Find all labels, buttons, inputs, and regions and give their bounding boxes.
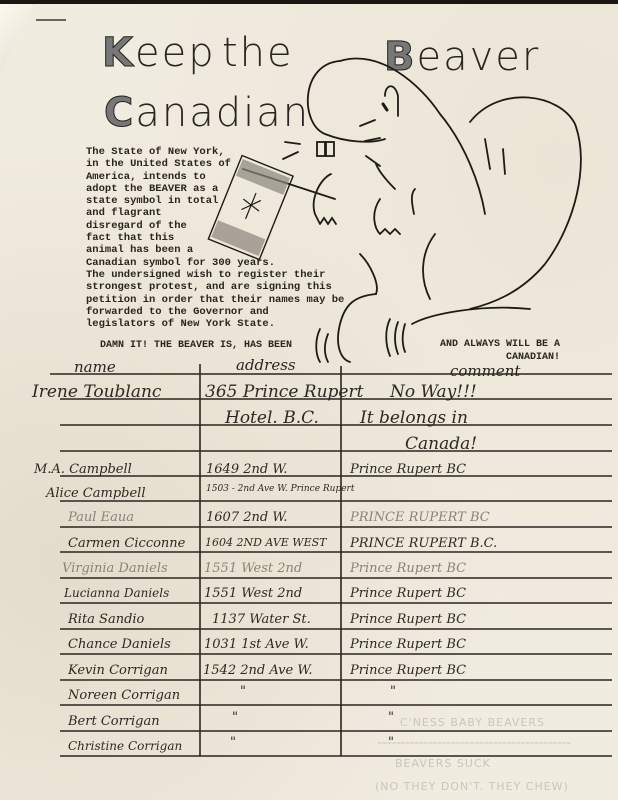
- row-4-address: 1649 2nd W.: [206, 462, 288, 477]
- row-6-name: Paul Eaua: [68, 510, 134, 525]
- row-10-comment: Prince Rupert BC: [350, 612, 466, 627]
- row-9-address: 1551 West 2nd: [204, 586, 302, 601]
- row-1-name: Irene Toublanc: [32, 382, 161, 402]
- bleed-through-strike: ━━━━━━━━━━━━━━━━━━━━━━━━━━━━━━━━━━━━━━━━…: [378, 740, 572, 747]
- row-3-comment: Canada!: [405, 434, 477, 454]
- row-15-address: ": [230, 735, 236, 750]
- row-13-address: ": [240, 684, 246, 699]
- row-1-address: 365 Prince Rupert: [205, 382, 363, 402]
- row-11-name: Chance Daniels: [68, 637, 171, 652]
- row-12-name: Kevin Corrigan: [68, 663, 168, 678]
- row-8-comment: Prince Rupert BC: [350, 561, 466, 576]
- row-7-name: Carmen Cicconne: [68, 536, 185, 551]
- row-7-address: 1604 2ND AVE WEST: [205, 536, 327, 549]
- row-2-address: Hotel. B.C.: [225, 408, 319, 428]
- row-5-name: Alice Campbell: [46, 486, 146, 501]
- row-12-address: 1542 2nd Ave W.: [203, 663, 313, 678]
- row-8-name: Virginia Daniels: [62, 561, 168, 576]
- row-11-address: 1031 1st Ave W.: [204, 637, 309, 652]
- row-11-comment: Prince Rupert BC: [350, 637, 466, 652]
- row-15-name: Christine Corrigan: [68, 739, 182, 753]
- bleed-through-line1: C'NESS BABY BEAVERS: [400, 716, 545, 729]
- bleed-through-line3: (NO THEY DON'T. THEY CHEW): [375, 780, 569, 793]
- row-14-comment: ": [388, 710, 394, 725]
- bleed-through-line2: BEAVERS SUCK: [395, 757, 491, 770]
- row-6-address: 1607 2nd W.: [206, 510, 288, 525]
- row-5-address: 1503 - 2nd Ave W. Prince Rupert: [206, 484, 354, 494]
- row-9-name: Lucianna Daniels: [64, 586, 169, 600]
- row-10-name: Rita Sandio: [68, 612, 144, 627]
- row-14-address: ": [232, 710, 238, 725]
- row-12-comment: Prince Rupert BC: [350, 663, 466, 678]
- petition-page: Keep the Beaver Canadian: [0, 4, 618, 800]
- row-1-comment: No Way!!!: [390, 382, 477, 402]
- row-10-address: 1137 Water St.: [212, 612, 311, 627]
- row-7-comment: PRINCE RUPERT B.C.: [350, 536, 497, 551]
- row-13-comment: ": [390, 684, 396, 699]
- row-13-name: Noreen Corrigan: [68, 688, 180, 703]
- row-4-comment: Prince Rupert BC: [350, 462, 466, 477]
- row-14-name: Bert Corrigan: [68, 714, 160, 729]
- row-6-comment: PRINCE RUPERT BC: [350, 510, 490, 525]
- table-grid: [0, 4, 618, 800]
- row-9-comment: Prince Rupert BC: [350, 586, 466, 601]
- row-4-name: M.A. Campbell: [34, 462, 132, 477]
- row-2-comment: It belongs in: [360, 408, 468, 428]
- row-8-address: 1551 West 2nd: [204, 561, 302, 576]
